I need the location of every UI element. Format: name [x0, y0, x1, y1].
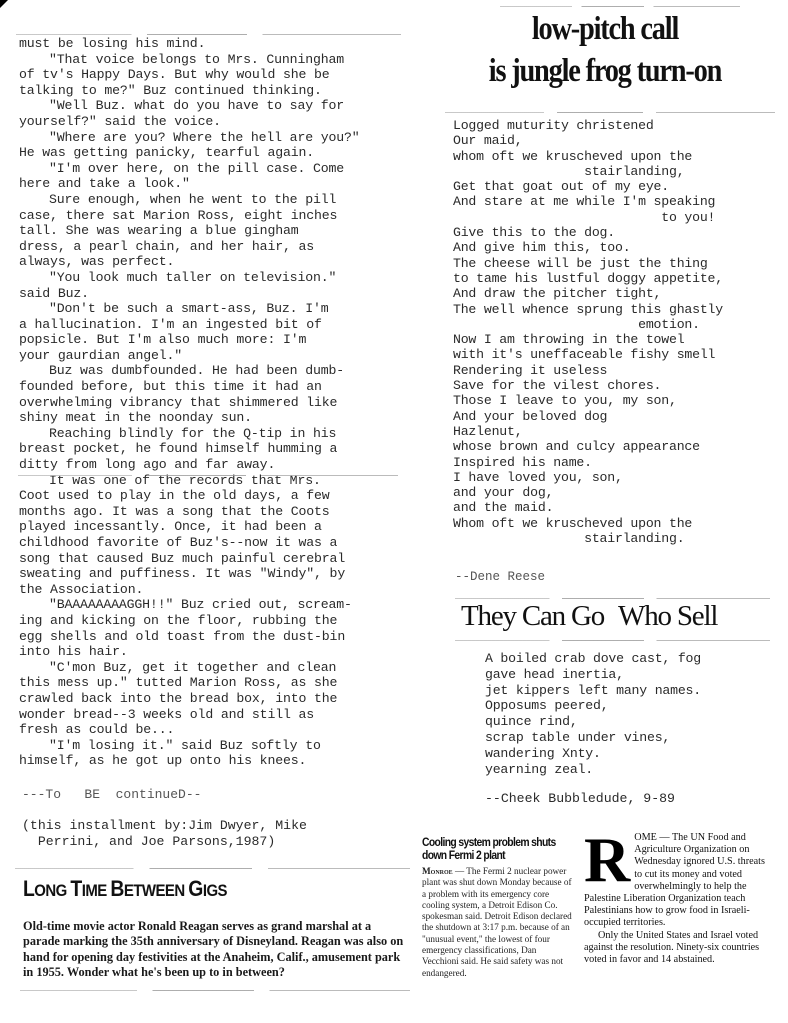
scan-corner-mark	[0, 0, 8, 8]
story-line: himself, as he got up onto his knees.	[19, 753, 404, 769]
story-line: Coot used to play in the old days, a few	[19, 488, 404, 504]
story-line: Reaching blindly for the Q-tip in his	[19, 426, 404, 442]
story-line: wonder bread--3 weeks old and still as	[19, 707, 404, 723]
story-line: ing and kicking on the floor, rubbing th…	[19, 613, 404, 629]
poem-line: jet kippers left many names.	[485, 683, 701, 699]
fermi-body: Monroe — The Fermi 2 nuclear power plant…	[422, 866, 574, 979]
frog-headline-line1: low-pitch call	[463, 8, 747, 50]
poem-line: stairlanding,	[453, 164, 723, 179]
story-line: Buz was dumbfounded. He had been dumb-	[19, 363, 404, 379]
story-line: founded before, but this time it had an	[19, 379, 404, 395]
story-line: into his hair.	[19, 644, 404, 660]
story-line: egg shells and old toast from the dust-b…	[19, 629, 404, 645]
story-line: must be losing his mind.	[19, 36, 404, 52]
story-line: He was getting panicky, tearful again.	[19, 145, 404, 161]
poem-line: And your beloved dog	[453, 409, 723, 424]
poem-line: Give this to the dog.	[453, 225, 723, 240]
poem-line: Rendering it useless	[453, 363, 723, 378]
gigs-title-rest: ONG	[34, 881, 70, 900]
credit-line: Perrini, and Joe Parsons,1987)	[22, 834, 307, 850]
poem-line: A boiled crab dove cast, fog	[485, 651, 701, 667]
story-line: of tv's Happy Days. But why would she be	[19, 67, 404, 83]
story-line: ditty from long ago and far away.	[19, 457, 404, 473]
poem-line: stairlanding.	[453, 531, 723, 546]
story-line: the Association.	[19, 582, 404, 598]
story-line: "I'm losing it." said Buz softly to	[19, 738, 404, 754]
poem-line: Opposums peered,	[485, 698, 701, 714]
serial-story: must be losing his mind."That voice belo…	[19, 36, 404, 769]
poem-line: And draw the pitcher tight,	[453, 286, 723, 301]
rome-dropcap: R	[584, 834, 630, 888]
story-line: shiny meat in the noonday sun.	[19, 410, 404, 426]
poem-line: wandering Xnty.	[485, 746, 701, 762]
gigs-bottom-rule	[20, 990, 410, 991]
sell-bottom-rule	[455, 640, 770, 641]
story-line: yourself?" said the voice.	[19, 114, 404, 130]
story-line: tall. She was wearing a blue gingham	[19, 223, 404, 239]
story-line: "You look much taller on television."	[19, 270, 404, 286]
sell-poem-signature: --Cheek Bubbledude, 9-89	[485, 791, 675, 806]
frog-headline: low-pitch call is jungle frog turn-on	[463, 8, 747, 92]
poem-line: and the maid.	[453, 500, 723, 515]
story-line: "BAAAAAAAAGGH!!" Buz cried out, scream-	[19, 597, 404, 613]
gigs-title-initial: G	[188, 876, 203, 901]
fermi-text: — The Fermi 2 nuclear power plant was sh…	[422, 866, 572, 978]
story-line: popsicle. But I'm also much more: I'm	[19, 332, 404, 348]
story-line: talking to me?" Buz continued thinking.	[19, 83, 404, 99]
poem-line: emotion.	[453, 317, 723, 332]
poem-line: to tame his lustful doggy appetite,	[453, 271, 723, 286]
gigs-title-rest: IME	[82, 881, 111, 900]
sell-headline-right: Who Sell	[618, 600, 717, 632]
poem-line: Get that goat out of my eye.	[453, 179, 723, 194]
story-mid-rule	[18, 475, 398, 476]
story-line: your gaurdian angel."	[19, 348, 404, 364]
poem-line: Now I am throwing in the towel	[453, 332, 723, 347]
poem-line: Whom oft we kruscheved upon the	[453, 516, 723, 531]
poem-line: yearning zeal.	[485, 762, 701, 778]
frog-poem-signature: --Dene Reese	[455, 570, 545, 584]
poem-line: and your dog,	[453, 485, 723, 500]
frog-headline-line2: is jungle frog turn-on	[463, 50, 747, 92]
story-line: "Well Buz. what do you have to say for	[19, 98, 404, 114]
frog-top-rule	[500, 6, 740, 7]
poem-line: And stare at me while I'm speaking	[453, 194, 723, 209]
poem-line: Logged muturity christened	[453, 118, 723, 133]
poem-line: whose brown and culcy appearance	[453, 439, 723, 454]
gigs-title-rest: ETWEEN	[124, 881, 188, 900]
gigs-headline: LONG TIME BETWEEN GIGS	[23, 876, 227, 902]
gigs-title-rest: IGS	[203, 881, 227, 900]
poem-line: Those I leave to you, my son,	[453, 393, 723, 408]
to-be-continued: ---To BE continueD--	[22, 787, 201, 802]
poem-line: Save for the vilest chores.	[453, 378, 723, 393]
sell-headline-left: They Can Go	[461, 600, 604, 632]
poem-line: And give him this, too.	[453, 240, 723, 255]
fermi-dateline: Monroe	[422, 866, 453, 876]
poem-line: gave head inertia,	[485, 667, 701, 683]
rome-clipping: R OME — The UN Food and Agriculture Orga…	[584, 832, 774, 966]
story-line: song that caused Buz much painful cerebr…	[19, 551, 404, 567]
story-line: played incessantly. Once, it had been a	[19, 519, 404, 535]
gigs-title-initial: L	[23, 876, 34, 901]
frog-bottom-rule	[445, 112, 775, 113]
rome-para2: Only the United States and Israel voted …	[584, 930, 774, 967]
story-line: Sure enough, when he went to the pill	[19, 192, 404, 208]
story-line: always, was perfect.	[19, 254, 404, 270]
poem-line: quince rind,	[485, 714, 701, 730]
story-line: a hallucination. I'm an ingested bit of	[19, 317, 404, 333]
story-line: said Buz.	[19, 286, 404, 302]
story-line: dress, a pearl chain, and her hair, as	[19, 239, 404, 255]
gigs-top-rule	[15, 868, 410, 869]
story-line: overwhelming vibrancy that shimmered lik…	[19, 395, 404, 411]
story-line: "Where are you? Where the hell are you?"	[19, 130, 404, 146]
story-line: case, there sat Marion Ross, eight inche…	[19, 208, 404, 224]
gigs-body: Old-time movie actor Ronald Reagan serve…	[23, 919, 408, 981]
story-line: crawled back into the bread box, into th…	[19, 691, 404, 707]
story-line: this mess up." tutted Marion Ross, as sh…	[19, 675, 404, 691]
poem-line: The cheese will be just the thing	[453, 256, 723, 271]
story-line: here and take a look."	[19, 176, 404, 192]
story-credit: (this installment by:Jim Dwyer, Mike Per…	[22, 818, 307, 850]
story-line: "Don't be such a smart-ass, Buz. I'm	[19, 301, 404, 317]
story-line: "That voice belongs to Mrs. Cunningham	[19, 52, 404, 68]
top-rule	[16, 34, 401, 35]
poem-line: Our maid,	[453, 133, 723, 148]
poem-line: to you!	[453, 210, 723, 225]
story-line: childhood favorite of Buz's--now it was …	[19, 535, 404, 551]
story-line: breast pocket, he found himself humming …	[19, 441, 404, 457]
gigs-title-initial: T	[70, 876, 81, 901]
poem-line: Hazlenut,	[453, 424, 723, 439]
frog-poem: Logged muturity christenedOur maid,whom …	[453, 118, 723, 546]
story-line: "C'mon Buz, get it together and clean	[19, 660, 404, 676]
poem-line: with it's uneffaceable fishy smell	[453, 347, 723, 362]
sell-headline: They Can GoWho Sell	[461, 600, 717, 633]
credit-line: (this installment by:Jim Dwyer, Mike	[22, 818, 307, 834]
story-line: sweating and puffiness. It was "Windy", …	[19, 566, 404, 582]
fermi-headline: Cooling system problem shuts down Fermi …	[422, 837, 566, 863]
story-line: fresh as could be...	[19, 722, 404, 738]
story-line: "I'm over here, on the pill case. Come	[19, 161, 404, 177]
poem-line: whom oft we kruscheved upon the	[453, 149, 723, 164]
poem-line: Inspired his name.	[453, 455, 723, 470]
poem-line: scrap table under vines,	[485, 730, 701, 746]
story-line: months ago. It was a song that the Coots	[19, 504, 404, 520]
newsletter-page: must be losing his mind."That voice belo…	[0, 0, 788, 1023]
sell-top-rule	[455, 598, 770, 599]
gigs-title-initial: B	[110, 876, 123, 901]
sell-poem: A boiled crab dove cast, foggave head in…	[485, 651, 701, 777]
poem-line: The well whence sprung this ghastly	[453, 302, 723, 317]
poem-line: I have loved you, son,	[453, 470, 723, 485]
